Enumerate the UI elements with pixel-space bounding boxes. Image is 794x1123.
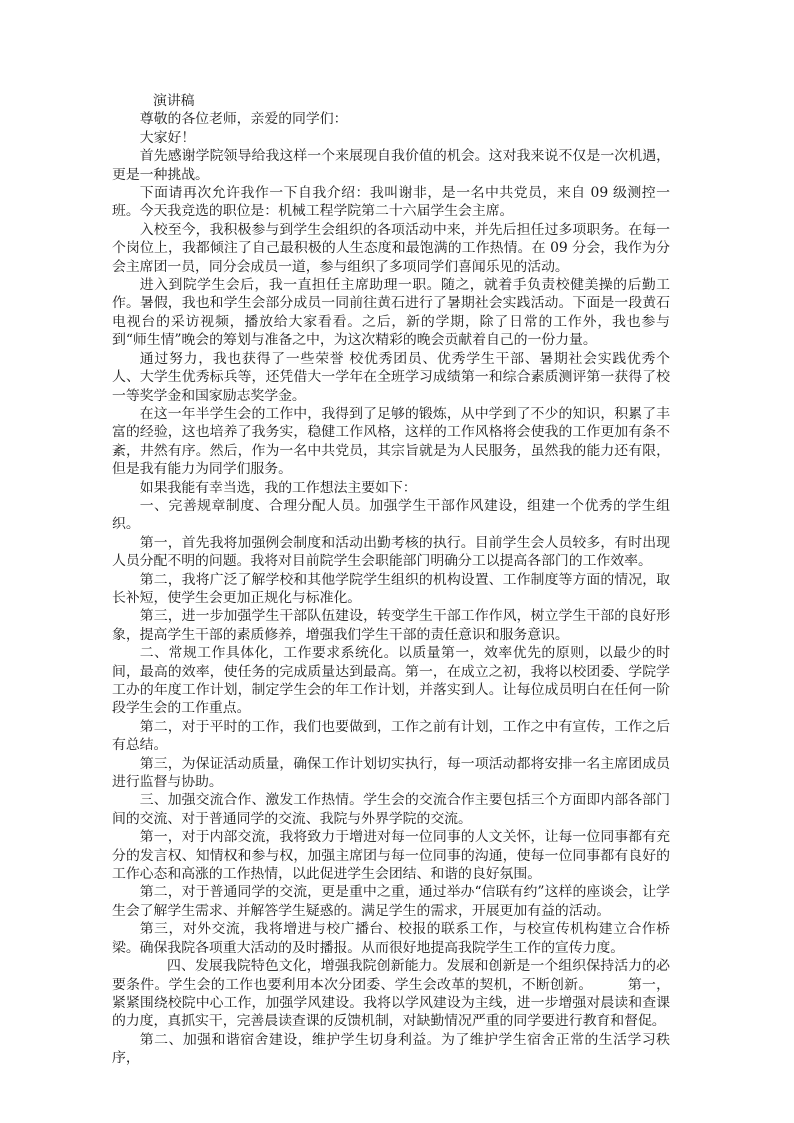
- paragraph: 入校至今，我积极参与到学生会组织的各项活动中来，并先后担任过多项职务。在每一个岗…: [112, 221, 670, 276]
- paragraph: 第二，我将广泛了解学校和其他学院学生组织的机构设置、工作制度等方面的情况，取长补…: [112, 571, 670, 608]
- paragraph: 进入到院学生会后，我一直担任主席助理一职。随之，就着手负责校健美操的后勤工作。暑…: [112, 276, 670, 350]
- section-heading: 四、发展我院特色文化，增强我院创新能力。发展和创新是一个组织保持活力的必要条件。…: [112, 957, 670, 1031]
- salutation: 大家好！: [112, 129, 670, 147]
- paragraph: 第二、加强和谐宿舍建设，维护学生切身利益。为了维护学生宿舍正常的生活学习秩序，: [112, 1031, 670, 1068]
- paragraph: 第一，首先我将加强例会制度和活动出勤考核的执行。目前学生会人员较多，有时出现人员…: [112, 534, 670, 571]
- section-heading: 三、加强交流合作、激发工作热情。学生会的交流合作主要包括三个方面即内部各部门间的…: [112, 791, 670, 828]
- paragraph: 通过努力，我也获得了一些荣誉 校优秀团员、优秀学生干部、暑期社会实践优秀个人、大…: [112, 350, 670, 405]
- paragraph: 第二，对于平时的工作，我们也要做到，工作之前有计划，工作之中有宣传，工作之后有总…: [112, 718, 670, 755]
- paragraph: 第一，对于内部交流，我将致力于增进对每一位同事的人文关怀，让每一位同事都有充分的…: [112, 828, 670, 883]
- paragraph: 第三，进一步加强学生干部队伍建设，转变学生干部工作作风，树立学生干部的良好形象，…: [112, 607, 670, 644]
- paragraph: 在这一年半学生会的工作中，我得到了足够的锻炼，从中学到了不少的知识，积累了丰富的…: [112, 405, 670, 479]
- paragraph: 第二，对于普通同学的交流，更是重中之重，通过举办“信联有约”这样的座谈会，让学生…: [112, 883, 670, 920]
- section-heading: 一、完善规章制度、合理分配人员。加强学生干部作风建设，组建一个优秀的学生组织。: [112, 497, 670, 534]
- paragraph: 首先感谢学院领导给我这样一个来展现自我价值的机会。这对我来说不仅是一次机遇，更是…: [112, 147, 670, 184]
- greeting: 尊敬的各位老师，亲爱的同学们：: [112, 110, 670, 128]
- document-page: 演讲稿 尊敬的各位老师，亲爱的同学们： 大家好！ 首先感谢学院领导给我这样一个来…: [112, 92, 670, 1068]
- paragraph: 如果我能有幸当选，我的工作想法主要如下：: [112, 479, 670, 497]
- paragraph: 第三，对外交流，我将增进与校广播台、校报的联系工作，与校宣传机构建立合作桥梁。确…: [112, 920, 670, 957]
- section-heading: 二、常规工作具体化，工作要求系统化。以质量第一，效率优先的原则，以最少的时间，最…: [112, 644, 670, 718]
- document-title: 演讲稿: [112, 92, 670, 110]
- paragraph: 第三，为保证活动质量，确保工作计划切实执行，每一项活动都将安排一名主席团成员进行…: [112, 755, 670, 792]
- paragraph: 下面请再次允许我作一下自我介绍：我叫谢非，是一名中共党员，来自 09 级测控一班…: [112, 184, 670, 221]
